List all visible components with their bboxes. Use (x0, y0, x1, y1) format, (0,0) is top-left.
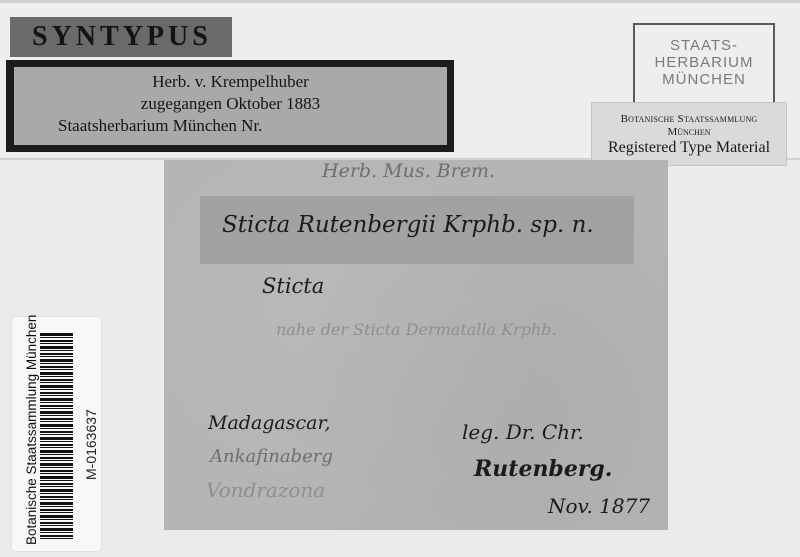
collection-date: Nov. 1877 (548, 494, 650, 518)
herbarium-stamp: STAATS- HERBARIUM MÜNCHEN (633, 23, 775, 105)
accession-line-3: Staatsherbarium München Nr. (14, 115, 447, 137)
accession-line-2: zugegangen Oktober 1883 (14, 93, 447, 115)
species-name-handwriting: Sticta Rutenbergii Krphb. sp. n. (222, 212, 594, 238)
scan-top-edge (0, 0, 800, 3)
locality-line-1: Madagascar, (208, 412, 331, 434)
barcode-label: Botanische Staatssammlung München M-0163… (11, 316, 102, 552)
herbarium-header-handwriting: Herb. Mus. Brem. (322, 160, 495, 182)
registered-type-label: Botanische Staatssammlung München Regist… (591, 102, 787, 166)
registered-line-2: München (592, 126, 786, 138)
stamp-line-2: HERBARIUM (635, 54, 773, 71)
barcode-icon (40, 333, 73, 539)
stamp-line-3: MÜNCHEN (635, 71, 773, 88)
accession-label: Herb. v. Krempelhuber zugegangen Oktober… (6, 60, 454, 152)
accession-line-1: Herb. v. Krempelhuber (14, 71, 447, 93)
syntypus-label: SYNTYPUS (10, 17, 232, 57)
note-handwriting: nahe der Sticta Dermatalla Krphb. (276, 320, 557, 339)
stamp-line-1: STAATS- (635, 37, 773, 54)
collector-line-1: leg. Dr. Chr. (462, 420, 584, 444)
barcode-number: M-0163637 (83, 409, 99, 480)
registered-line-3: Registered Type Material (592, 138, 786, 158)
registered-line-1: Botanische Staatssammlung (592, 113, 786, 126)
locality-line-2: Ankafinaberg (210, 446, 333, 467)
locality-line-3: Vondrazona (206, 478, 325, 502)
barcode-institution: Botanische Staatssammlung München (24, 315, 39, 545)
collector-line-2: Rutenberg. (474, 456, 612, 482)
genus-handwriting: Sticta (262, 274, 324, 298)
accession-label-inner: Herb. v. Krempelhuber zugegangen Oktober… (14, 67, 447, 145)
